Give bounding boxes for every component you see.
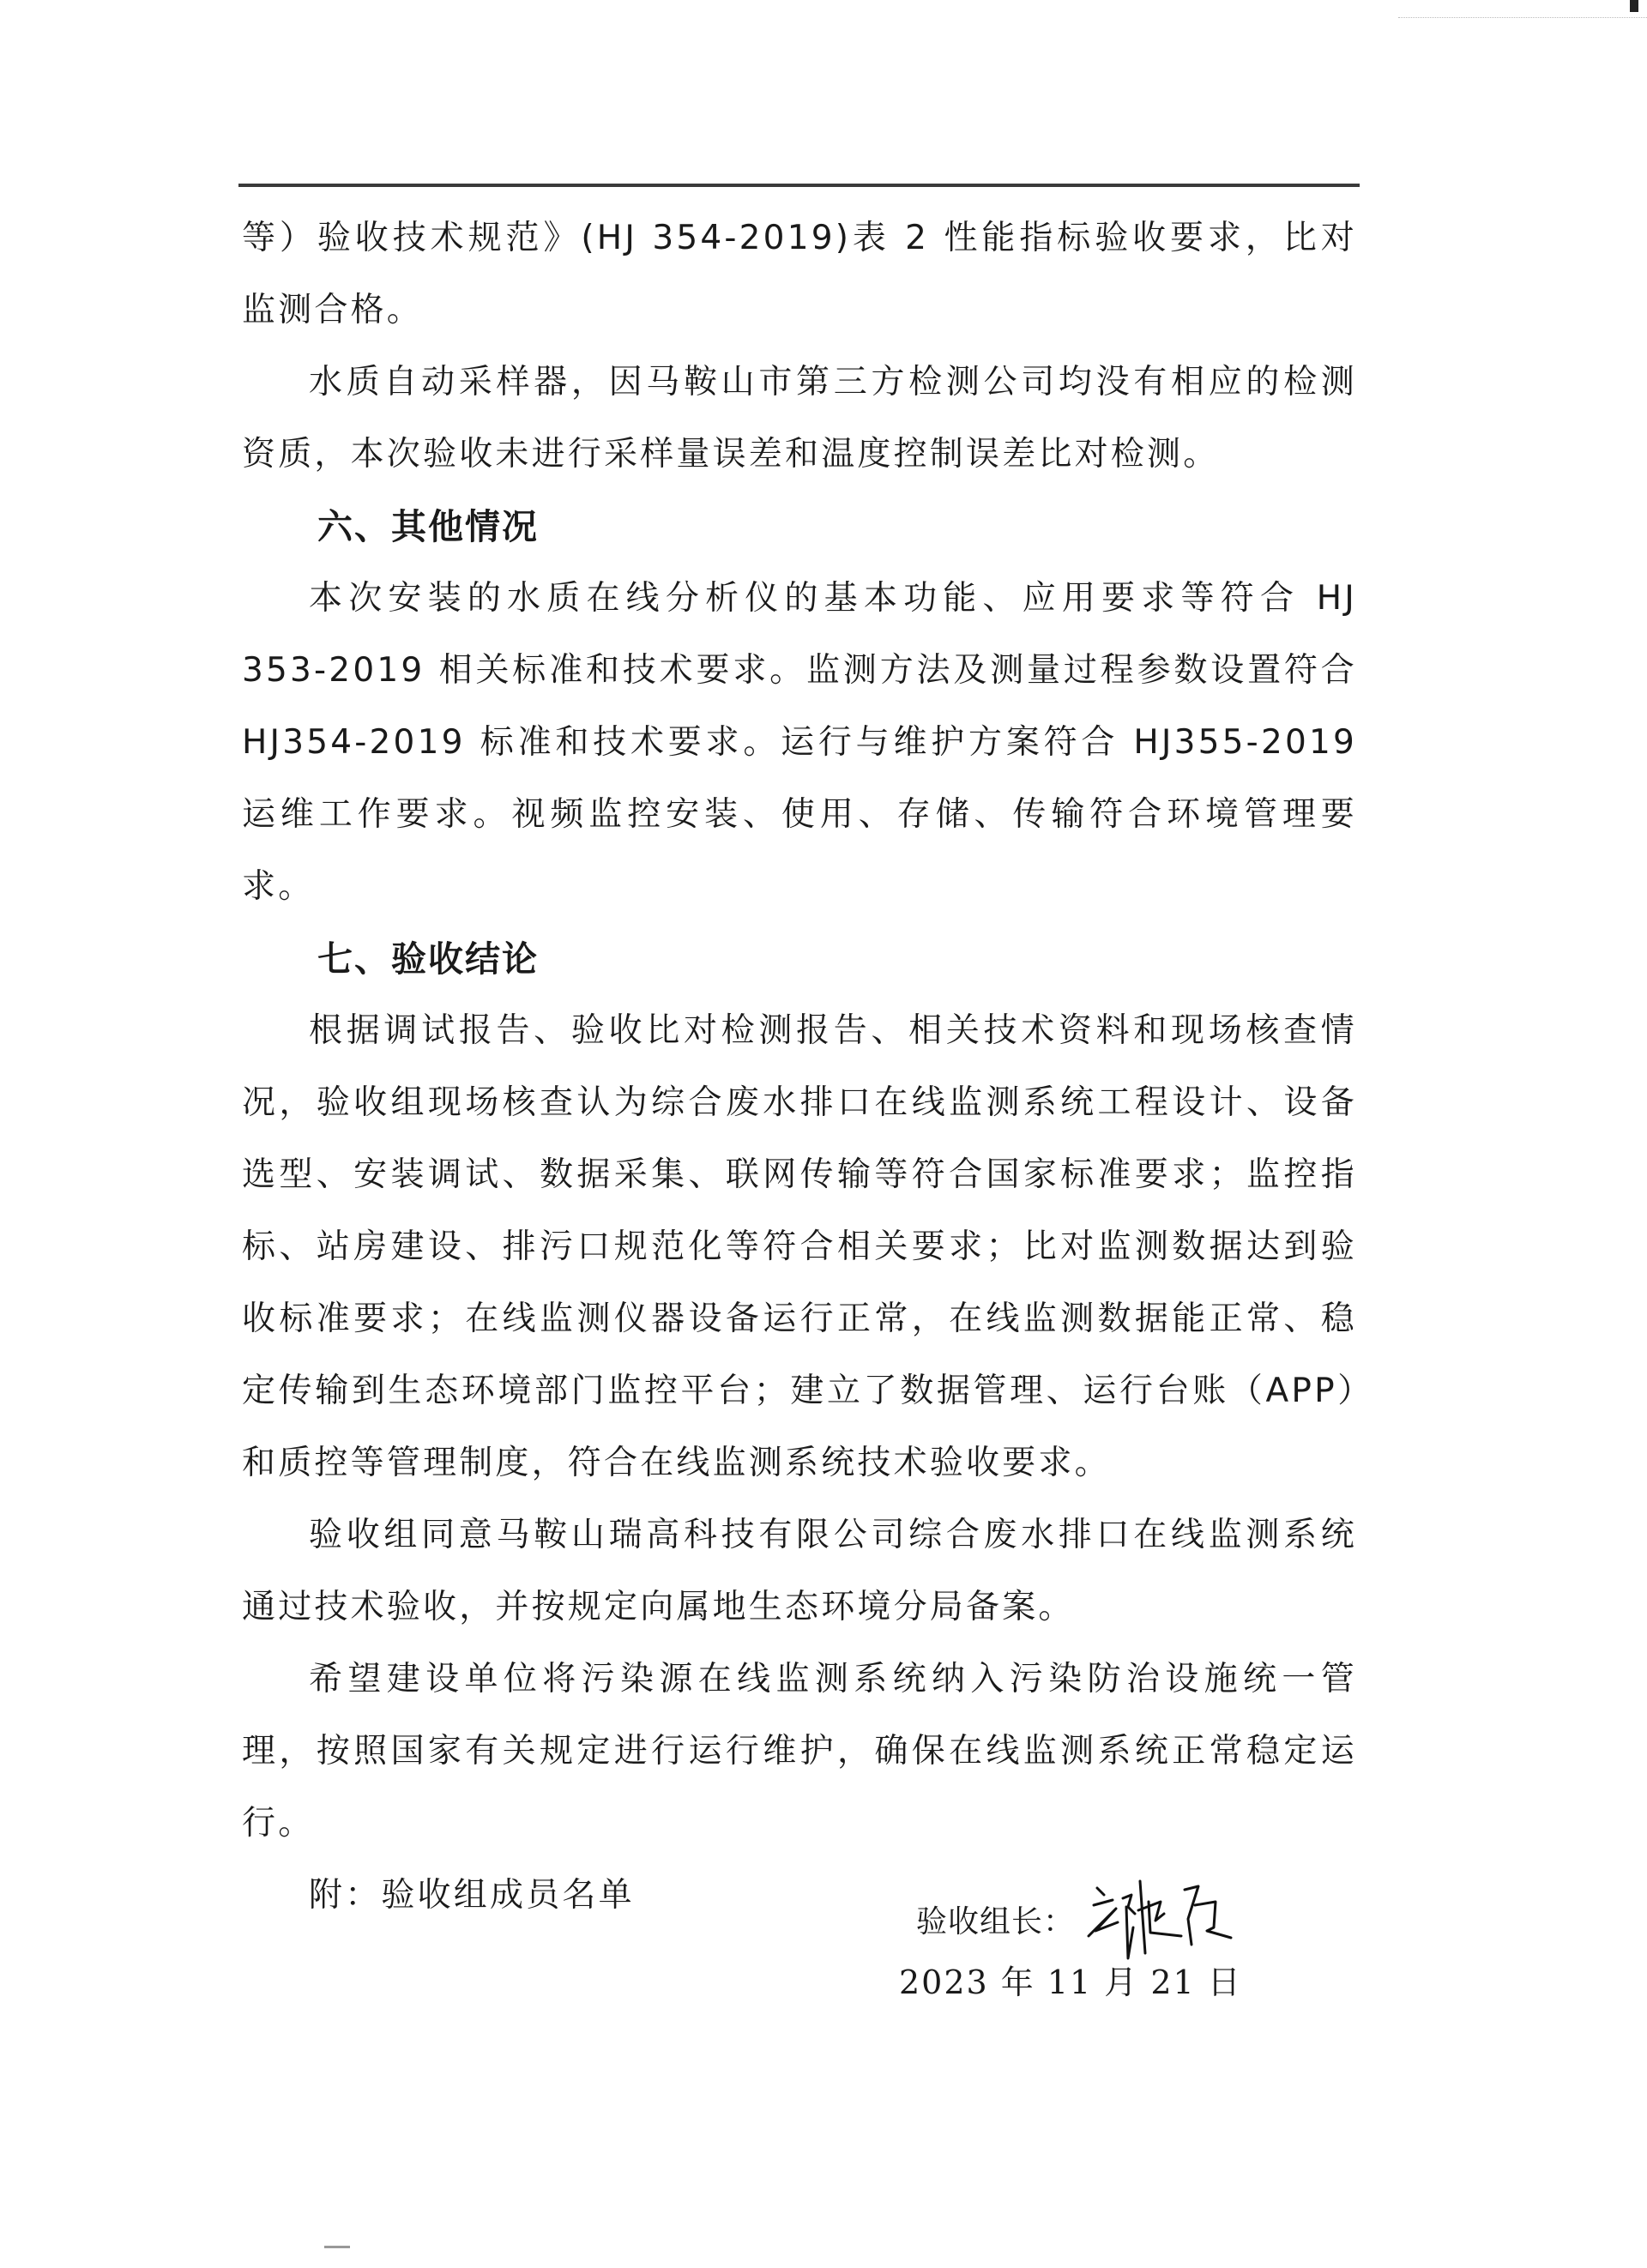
header-rule [238, 184, 1360, 187]
continuation-paragraph: 等）验收技术规范》(HJ 354-2019)表 2 性能指标验收要求，比对监测合… [242, 202, 1357, 347]
scan-artifact-mark [324, 2246, 350, 2248]
scan-artifact-dots [1398, 17, 1647, 20]
handwritten-signature-icon [1078, 1876, 1250, 1962]
signature-date: 2023 年 11 月 21 日 [899, 1956, 1250, 2003]
document-page: 等）验收技术规范》(HJ 354-2019)表 2 性能指标验收要求，比对监测合… [0, 0, 1647, 2268]
section-7-paragraph-2: 验收组同意马鞍山瑞高科技有限公司综合废水排口在线监测系统通过技术验收，并按规定向… [242, 1499, 1357, 1644]
signature-label: 验收组长： [916, 1897, 1075, 1941]
signature-line: 验收组长： [916, 1887, 1250, 1951]
section-6-heading: 六、其他情况 [242, 491, 1357, 563]
scan-corner-mark [1630, 0, 1638, 12]
section-7-heading: 七、验收结论 [242, 923, 1357, 995]
section-7-paragraph-1: 根据调试报告、验收比对检测报告、相关技术资料和现场核查情况，验收组现场核查认为综… [242, 995, 1357, 1499]
section-7-paragraph-3: 希望建设单位将污染源在线监测系统纳入污染防治设施统一管理，按照国家有关规定进行运… [242, 1644, 1357, 1860]
body-text: 等）验收技术规范》(HJ 354-2019)表 2 性能指标验收要求，比对监测合… [242, 202, 1357, 1932]
section-6-paragraph: 本次安装的水质在线分析仪的基本功能、应用要求等符合 HJ 353-2019 相关… [242, 563, 1357, 923]
sampler-paragraph: 水质自动采样器，因马鞍山市第三方检测公司均没有相应的检测资质，本次验收未进行采样… [242, 347, 1357, 491]
signature-block: 验收组长： 2023 年 11 月 21 日 [916, 1887, 1250, 2003]
